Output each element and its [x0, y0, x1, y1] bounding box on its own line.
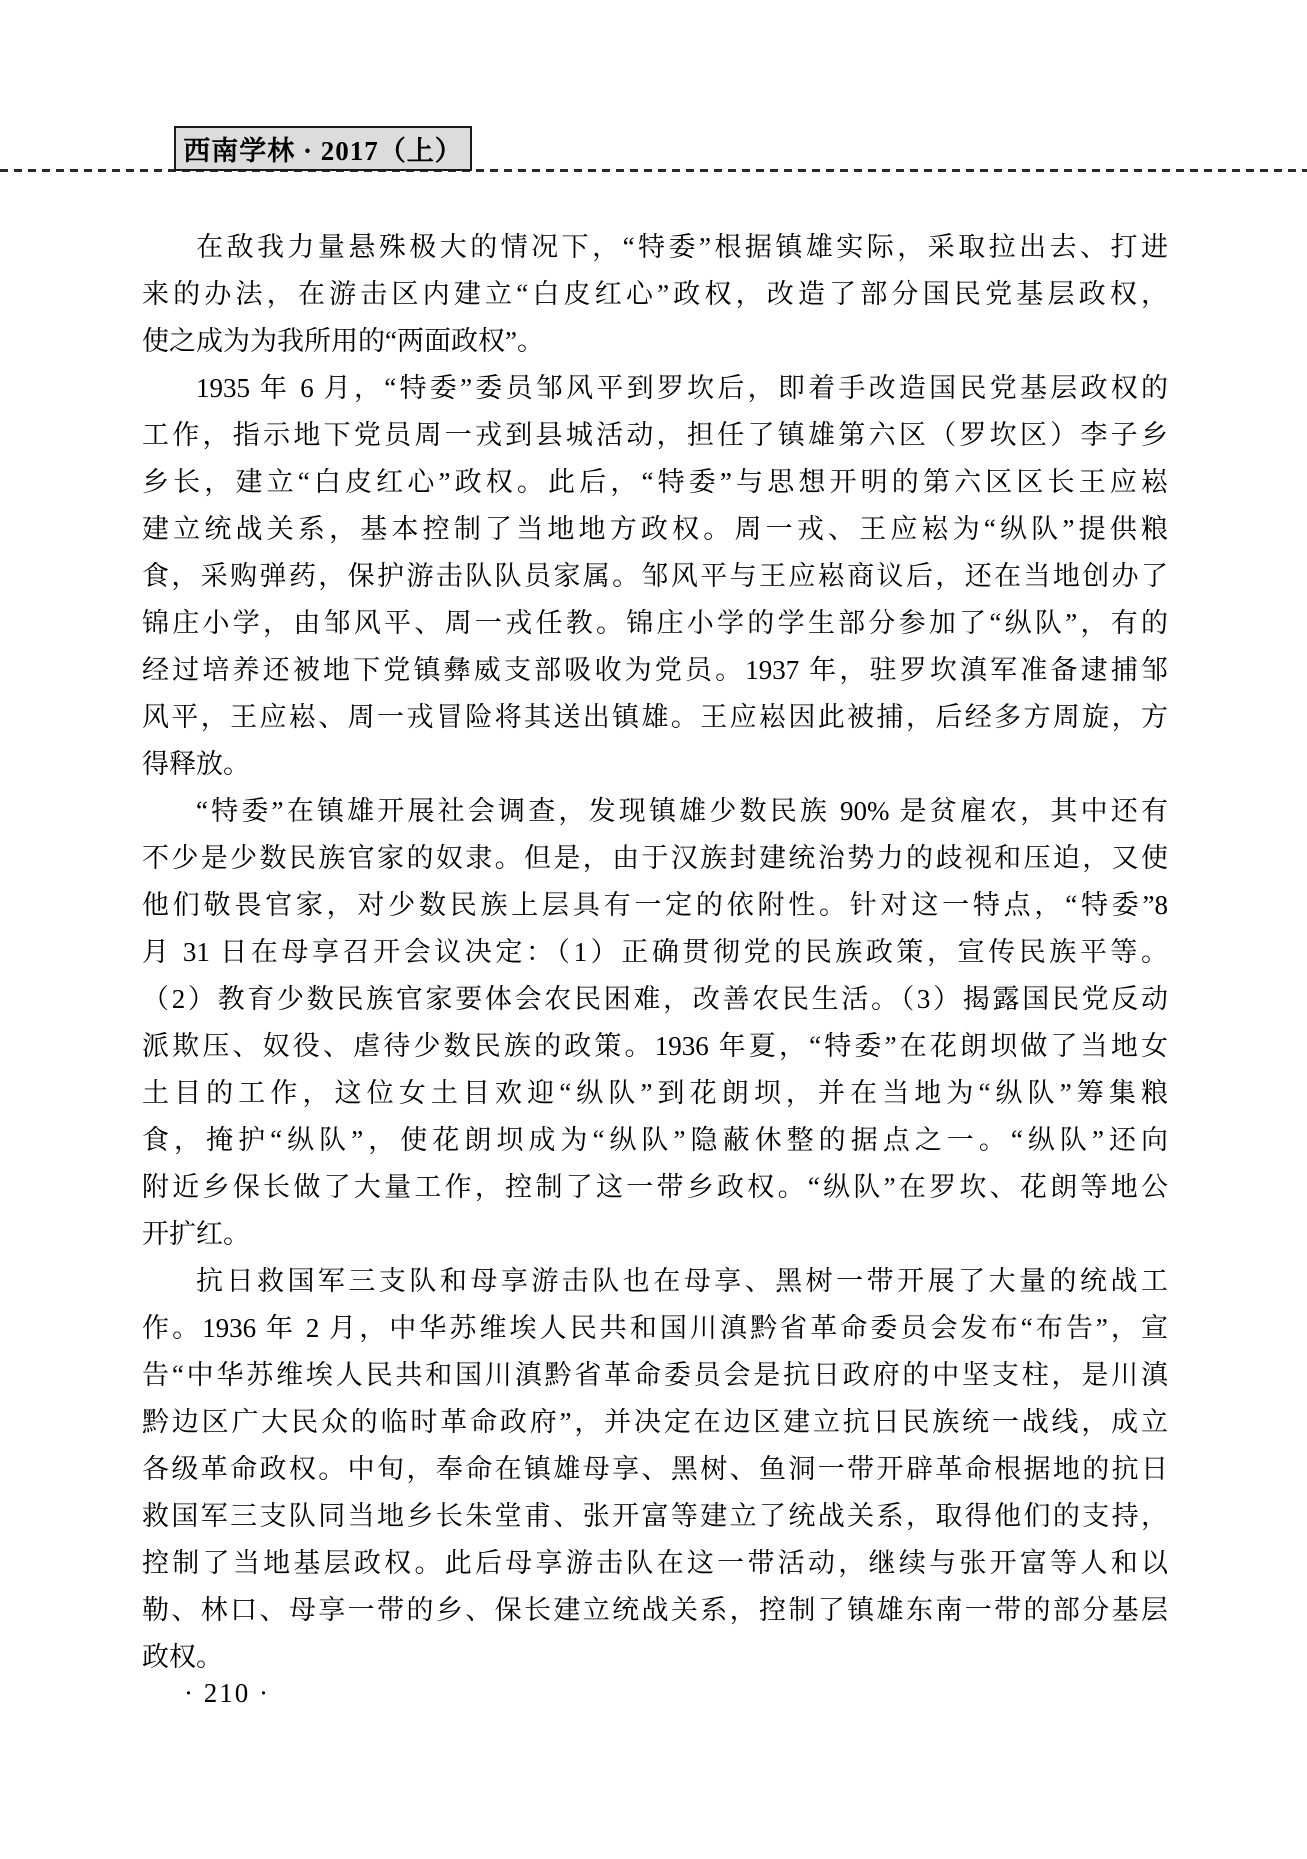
text-line: 食，掩护“纵队”，使花朗坝成为“纵队”隐蔽休整的据点之一。“纵队”还向 — [142, 1117, 1168, 1164]
text-line: 抗日救国军三支队和母享游击队也在母享、黑树一带开展了大量的统战工 — [142, 1258, 1168, 1305]
page-number: · 210 · — [184, 1676, 270, 1710]
text-line: 派欺压、奴役、虐待少数民族的政策。1936 年夏，“特委”在花朗坝做了当地女 — [142, 1023, 1168, 1070]
text-line: 建立统战关系，基本控制了当地地方政权。周一戎、王应崧为“纵队”提供粮 — [142, 506, 1168, 553]
journal-title: 西南学林 · 2017（上） — [183, 129, 463, 168]
text-line: 1935 年 6 月，“特委”委员邹风平到罗坎后，即着手改造国民党基层政权的 — [142, 365, 1168, 412]
text-line: 附近乡保长做了大量工作，控制了这一带乡政权。“纵队”在罗坎、花朗等地公 — [142, 1164, 1168, 1211]
running-head-box: 西南学林 · 2017（上） — [174, 126, 472, 171]
text-line: 风平，王应崧、周一戎冒险将其送出镇雄。王应崧因此被捕，后经多方周旋，方 — [142, 694, 1168, 741]
paragraph: 1935 年 6 月，“特委”委员邹风平到罗坎后，即着手改造国民党基层政权的 工… — [142, 365, 1168, 788]
text-line: 各级革命政权。中旬，奉命在镇雄母享、黑树、鱼洞一带开辟革命根据地的抗日 — [142, 1446, 1168, 1493]
text-line: 开扩红。 — [142, 1211, 1168, 1258]
text-line: 控制了当地基层政权。此后母享游击队在这一带活动，继续与张开富等人和以 — [142, 1540, 1168, 1587]
text-line: 乡长，建立“白皮红心”政权。此后，“特委”与思想开明的第六区区长王应崧 — [142, 459, 1168, 506]
text-line: 不少是少数民族官家的奴隶。但是，由于汉族封建统治势力的歧视和压迫，又使 — [142, 835, 1168, 882]
text-line: 救国军三支队同当地乡长朱堂甫、张开富等建立了统战关系，取得他们的支持， — [142, 1493, 1168, 1540]
text-line: 使之成为为我所用的“两面政权”。 — [142, 318, 1168, 365]
paragraph: 在敌我力量悬殊极大的情况下，“特委”根据镇雄实际，采取拉出去、打进 来的办法，在… — [142, 224, 1168, 365]
text-line: 告“中华苏维埃人民共和国川滇黔省革命委员会是抗日政府的中坚支柱，是川滇 — [142, 1352, 1168, 1399]
book-page: 西南学林 · 2017（上） 在敌我力量悬殊极大的情况下，“特委”根据镇雄实际，… — [0, 0, 1307, 1859]
text-line: 月 31 日在母享召开会议决定：（1）正确贯彻党的民族政策，宣传民族平等。 — [142, 929, 1168, 976]
text-line: 得释放。 — [142, 741, 1168, 788]
text-line: 经过培养还被地下党镇彝威支部吸收为党员。1937 年，驻罗坎滇军准备逮捕邹 — [142, 647, 1168, 694]
paragraph: “特委”在镇雄开展社会调查，发现镇雄少数民族 90% 是贫雇农，其中还有 不少是… — [142, 788, 1168, 1258]
text-line: “特委”在镇雄开展社会调查，发现镇雄少数民族 90% 是贫雇农，其中还有 — [142, 788, 1168, 835]
text-line: 食，采购弹药，保护游击队队员家属。邹风平与王应崧商议后，还在当地创办了 — [142, 553, 1168, 600]
text-line: 土目的工作，这位女土目欢迎“纵队”到花朗坝，并在当地为“纵队”筹集粮 — [142, 1070, 1168, 1117]
text-line: 政权。 — [142, 1634, 1168, 1681]
text-line: 锦庄小学，由邹风平、周一戎任教。锦庄小学的学生部分参加了“纵队”，有的 — [142, 600, 1168, 647]
text-line: 在敌我力量悬殊极大的情况下，“特委”根据镇雄实际，采取拉出去、打进 — [142, 224, 1168, 271]
body-text: 在敌我力量悬殊极大的情况下，“特委”根据镇雄实际，采取拉出去、打进 来的办法，在… — [142, 224, 1168, 1681]
text-line: 黔边区广大民众的临时革命政府”，并决定在边区建立抗日民族统一战线，成立 — [142, 1399, 1168, 1446]
text-line: 勒、林口、母享一带的乡、保长建立统战关系，控制了镇雄东南一带的部分基层 — [142, 1587, 1168, 1634]
text-line: 来的办法，在游击区内建立“白皮红心”政权，改造了部分国民党基层政权， — [142, 271, 1168, 318]
paragraph: 抗日救国军三支队和母享游击队也在母享、黑树一带开展了大量的统战工 作。1936 … — [142, 1258, 1168, 1681]
text-line: 工作，指示地下党员周一戎到县城活动，担任了镇雄第六区（罗坎区）李子乡 — [142, 412, 1168, 459]
text-line: （2）教育少数民族官家要体会农民困难，改善农民生活。（3）揭露国民党反动 — [142, 976, 1168, 1023]
text-line: 作。1936 年 2 月，中华苏维埃人民共和国川滇黔省革命委员会发布“布告”，宣 — [142, 1305, 1168, 1352]
text-line: 他们敬畏官家，对少数民族上层具有一定的依附性。针对这一特点，“特委”8 — [142, 882, 1168, 929]
